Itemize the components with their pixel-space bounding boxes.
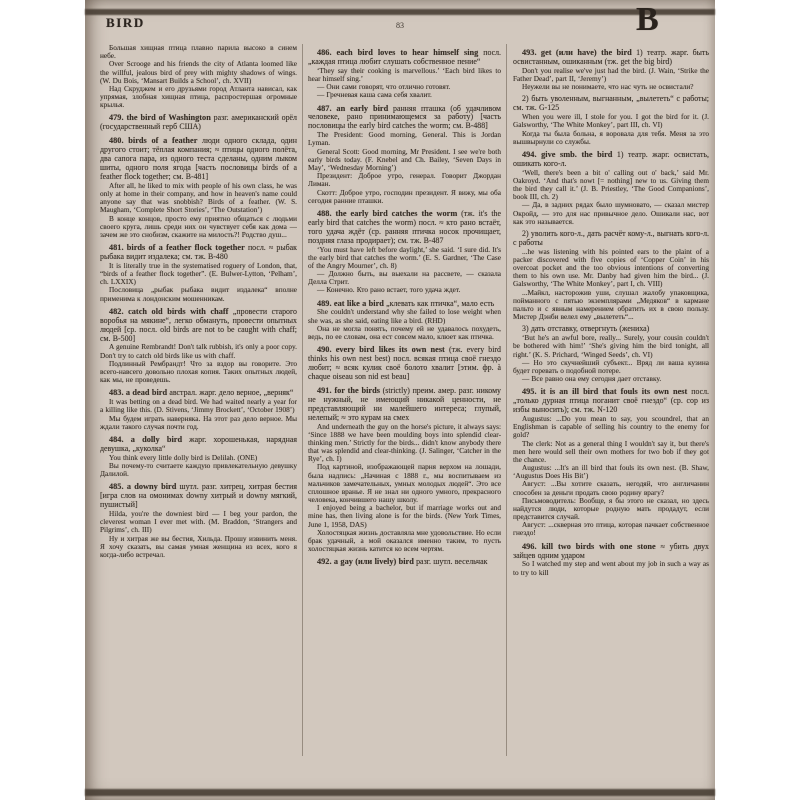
translation: — Должно быть, вы выехали на рассвете, —… <box>308 270 501 286</box>
text-run: When you were ill, I stole for you. I go… <box>513 112 709 129</box>
translation: Большая хищная птица плавно парила высок… <box>100 44 297 60</box>
translation: Ну и хитрая же вы бестия, Хильда. Прошу … <box>100 535 297 560</box>
text-run: 2) уволить кого-л., дать расчёт кому-л.,… <box>513 229 709 247</box>
text-run: 3) дать отставку, отвергнуть (жениха) <box>522 324 649 333</box>
quotation: It was betting on a dead bird. We had wa… <box>100 398 297 414</box>
entry-headword: 481. birds of a feather flock together <box>109 243 245 252</box>
text-run: The President: Good morning, General. Th… <box>308 130 501 147</box>
text-run: Холостяцкая жизнь доставляла мне удоволь… <box>308 528 501 553</box>
text-run: It is literally true in the systematised… <box>100 261 297 286</box>
translation: — Гречневая каша сама себя хвалит. <box>308 91 501 99</box>
page-top-edge-shadow <box>85 9 715 15</box>
text-run: Over Scrooge and his friends the city of… <box>100 59 297 84</box>
text-run: The clerk: Not as a general thing I woul… <box>513 439 709 464</box>
translation: Над Скруджем и его друзьями город Атлант… <box>100 85 297 110</box>
text-run: ‘But he's an awful bore, really... Surel… <box>513 333 709 358</box>
entry-headword: 487. an early bird <box>317 104 388 113</box>
column-1: Большая хищная птица плавно парила высок… <box>100 44 297 758</box>
text-run: Augustus: ...It's an ill bird that fouls… <box>513 463 709 480</box>
translation: В конце концов, просто ему приятно общат… <box>100 215 297 240</box>
translation: Когда ты была больна, я воровала для теб… <box>513 130 709 146</box>
quotation: So I watched my step and went about my j… <box>513 560 709 576</box>
translation: — Все равно она ему сегодня дает отставк… <box>513 375 709 383</box>
text-run: Август: ...скверная это птица, которая п… <box>513 520 709 537</box>
dictionary-entry: 492. a gay (или lively) bird разг. шутл.… <box>308 557 501 567</box>
text-run: And underneath the guy on the horse's pi… <box>308 422 501 464</box>
entry-headword: 484. a dolly bird <box>109 435 182 444</box>
text-run: — Должно быть, вы выехали на рассвете, —… <box>308 269 501 286</box>
dictionary-entry: 479. the bird of Washington разг. америк… <box>100 113 297 132</box>
text-run: Подлинный Рембрандт! Что за вздор вы гов… <box>100 359 297 384</box>
page-number: 83 <box>85 21 715 30</box>
text-run: Под картиной, изображающей парня верхом … <box>308 462 501 504</box>
translation: — Конечно. Кто рано встает, того удача ж… <box>308 286 501 294</box>
text-run: Когда ты была больна, я воровала для теб… <box>513 129 709 146</box>
text-run: I enjoyed being a bachelor, but if marri… <box>308 503 501 528</box>
entry-headword: 483. a dead bird <box>109 388 167 397</box>
text-run: Она не могла понять, почему ей не удавал… <box>308 324 501 341</box>
dictionary-entry: 491. for the birds (strictly) преим. аме… <box>308 386 501 423</box>
text-run: разг. шутл. весельчак <box>414 557 488 566</box>
quotation: General Scott: Good morning, Mr Presiden… <box>308 148 501 173</box>
dictionary-entry: 496. kill two birds with one stone ≈ уби… <box>513 542 709 561</box>
text-run: Президент: Доброе утро, генерал. Говорит… <box>308 171 501 188</box>
translation: Под картиной, изображающей парня верхом … <box>308 463 501 504</box>
translation: Пословица „рыбак рыбака видит издалека“ … <box>100 286 297 302</box>
text-run: Скотт: Доброе утро, господин президент. … <box>308 188 501 205</box>
text-run: A genuine Rembrandt! Don't talk rubbish,… <box>100 342 297 359</box>
text-run: She couldn't understand why she failed t… <box>308 307 501 324</box>
entry-headword: 488. the early bird catches the worm <box>317 209 457 218</box>
dictionary-entry: 487. an early bird ранняя пташка (об уда… <box>308 104 501 132</box>
text-run: Письмоводитель: Вообще, я бы этого не ск… <box>513 496 709 521</box>
quotation: ‘But he's an awful bore, really... Surel… <box>513 334 709 359</box>
quotation: When you were ill, I stole for you. I go… <box>513 113 709 129</box>
dictionary-entry: 495. it is an ill bird that fouls its ow… <box>513 387 709 415</box>
text-run: — Все равно она ему сегодня дает отставк… <box>522 374 661 383</box>
quotation: I enjoyed being a bachelor, but if marri… <box>308 504 501 529</box>
translation: Холостяцкая жизнь доставляла мне удоволь… <box>308 529 501 554</box>
quotation: ‘You must have left before daylight,’ sh… <box>308 246 501 271</box>
text-run: Don't you realise we've just had the bir… <box>513 66 709 83</box>
text-run: General Scott: Good morning, Mr Presiden… <box>308 147 501 172</box>
text-run: „клевать как птичка“, мало есть <box>384 299 494 308</box>
entry-headword: 486. each bird loves to hear himself sin… <box>317 48 478 57</box>
quotation: And underneath the guy on the horse's pi… <box>308 423 501 464</box>
text-run: — Но это скучнейший субъект... Вряд ли в… <box>513 358 709 375</box>
entry-headword: 492. a gay (или lively) bird <box>317 557 414 566</box>
quotation: The clerk: Not as a general thing I woul… <box>513 440 709 465</box>
quotation: A genuine Rembrandt! Don't talk rubbish,… <box>100 343 297 359</box>
dictionary-entry: 494. give smb. the bird 1) театр. жарг. … <box>513 150 709 169</box>
translation: ...Майкл, насторожив уши, слушал жалобу … <box>513 289 709 322</box>
dictionary-entry: 2) быть уволенным, выгнанным, „вылететь“… <box>513 95 709 113</box>
text-run: — Да, в задних рядах было шумновато, — с… <box>513 200 709 225</box>
column-divider <box>506 44 507 756</box>
quotation: Augustus: ...Do you mean to say, you sco… <box>513 415 709 440</box>
text-run: Над Скруджем и его друзьями город Атлант… <box>100 84 297 109</box>
text-run: So I watched my step and went about my j… <box>513 559 709 576</box>
quotation: It is literally true in the systematised… <box>100 262 297 287</box>
translation: Она не могла понять, почему ей не удавал… <box>308 325 501 341</box>
quotation: ‘Well, there's been a bit o' calling out… <box>513 169 709 202</box>
entry-headword: 495. it is an ill bird that fouls its ow… <box>522 387 687 396</box>
text-run: It was betting on a dead bird. We had wa… <box>100 397 297 414</box>
entry-headword: 493. get (или have) the bird <box>522 48 632 57</box>
quotation: Over Scrooge and his friends the city of… <box>100 60 297 85</box>
text-run: ‘Well, there's been a bit o' calling out… <box>513 168 709 202</box>
translation: Письмоводитель: Вообще, я бы этого не ск… <box>513 497 709 522</box>
column-2: 486. each bird loves to hear himself sin… <box>308 44 501 758</box>
dictionary-entry: 490. every bird likes its own nest (тж. … <box>308 345 501 382</box>
dictionary-entry: 2) уволить кого-л., дать расчёт кому-л.,… <box>513 230 709 248</box>
dictionary-entry: 486. each bird loves to hear himself sin… <box>308 48 501 67</box>
text-run: ‘They say their cooking is marvellous.’ … <box>308 66 501 83</box>
text-run: Неужели вы не понимаете, что нас чуть не… <box>522 82 694 91</box>
translation: Мы будем играть наверняка. На этот раз д… <box>100 415 297 431</box>
dictionary-entry: 482. catch old birds with chaff „провест… <box>100 307 297 344</box>
text-run: австрал. жарг. дело верное, „верняк“ <box>167 388 293 397</box>
translation: Президент: Доброе утро, генерал. Говорит… <box>308 172 501 188</box>
text-run: В конце концов, просто ему приятно общат… <box>100 214 297 239</box>
entry-headword: 490. every bird likes its own nest <box>317 345 445 354</box>
translation: Неужели вы не понимаете, что нас чуть не… <box>513 83 709 91</box>
entry-headword: 485. a downy bird <box>109 482 176 491</box>
dictionary-entry: 488. the early bird catches the worm (тж… <box>308 209 501 246</box>
text-run: ...Майкл, насторожив уши, слушал жалобу … <box>513 288 709 322</box>
translation: — Да, в задних рядах было шумновато, — с… <box>513 201 709 226</box>
quotation: Hilda, you're the downiest bird — I beg … <box>100 510 297 535</box>
text-run: Август: ...Вы хотите сказать, негодяй, ч… <box>513 479 709 496</box>
column-divider <box>302 44 303 756</box>
column-3: 493. get (или have) the bird 1) театр. ж… <box>513 44 709 758</box>
entry-headword: 482. catch old birds with chaff <box>109 307 228 316</box>
text-run: ...he was listening with his pointed ear… <box>513 247 709 289</box>
text-run: — Конечно. Кто рано встает, того удача ж… <box>317 285 460 294</box>
text-run: Пословица „рыбак рыбака видит издалека“ … <box>100 285 297 302</box>
entry-headword: 496. kill two birds with one stone <box>522 542 656 551</box>
dictionary-entry: 484. a dolly bird жарг. хорошенькая, нар… <box>100 435 297 454</box>
dictionary-entry: 480. birds of a feather люди одного скла… <box>100 136 297 182</box>
text-run: Hilda, you're the downiest bird — I beg … <box>100 509 297 534</box>
translation: Подлинный Рембрандт! Что за вздор вы гов… <box>100 360 297 385</box>
quotation: Augustus: ...It's an ill bird that fouls… <box>513 464 709 480</box>
quotation: Don't you realise we've just had the bir… <box>513 67 709 83</box>
entry-headword: 479. the bird of Washington <box>109 113 211 122</box>
scanned-dictionary-page: BIRD 83 B Большая хищная птица плавно па… <box>85 0 715 800</box>
quotation: ...he was listening with his pointed ear… <box>513 248 709 289</box>
text-run: After all, he liked to mix with people o… <box>100 181 297 215</box>
text-run: — Гречневая каша сама себя хвалит. <box>317 90 432 99</box>
translation: Август: ...скверная это птица, которая п… <box>513 521 709 537</box>
quotation: She couldn't understand why she failed t… <box>308 308 501 324</box>
quotation: ‘They say their cooking is marvellous.’ … <box>308 67 501 83</box>
text-run: Augustus: ...Do you mean to say, you sco… <box>513 414 709 439</box>
text-run: ‘You must have left before daylight,’ sh… <box>308 245 501 270</box>
text-run: Большая хищная птица плавно парила высок… <box>100 44 297 60</box>
page-bottom-edge-shadow <box>85 789 715 796</box>
entry-headword: 494. give smb. the bird <box>522 150 612 159</box>
dictionary-entry: 481. birds of a feather flock together п… <box>100 243 297 262</box>
translation: Август: ...Вы хотите сказать, негодяй, ч… <box>513 480 709 496</box>
dictionary-entry: 493. get (или have) the bird 1) театр. ж… <box>513 48 709 67</box>
translation: — Но это скучнейший субъект... Вряд ли в… <box>513 359 709 375</box>
text-run: 2) быть уволенным, выгнанным, „вылететь“… <box>513 94 709 112</box>
translation: Вы почему-то считаете каждую привлекател… <box>100 462 297 478</box>
entry-headword: 480. birds of a feather <box>109 136 197 145</box>
text-run: Ну и хитрая же вы бестия, Хильда. Прошу … <box>100 534 297 559</box>
text-run: Мы будем играть наверняка. На этот раз д… <box>100 414 297 431</box>
entry-headword: 491. for the birds <box>317 386 380 395</box>
translation: Скотт: Доброе утро, господин президент. … <box>308 189 501 205</box>
dictionary-entry: 485. a downy bird шутл. разг. хитрец, хи… <box>100 482 297 510</box>
text-run: Вы почему-то считаете каждую привлекател… <box>100 461 297 478</box>
section-letter: B <box>636 1 659 39</box>
quotation: The President: Good morning, General. Th… <box>308 131 501 147</box>
entry-headword: 489. eat like a bird <box>317 299 384 308</box>
quotation: After all, he liked to mix with people o… <box>100 182 297 215</box>
